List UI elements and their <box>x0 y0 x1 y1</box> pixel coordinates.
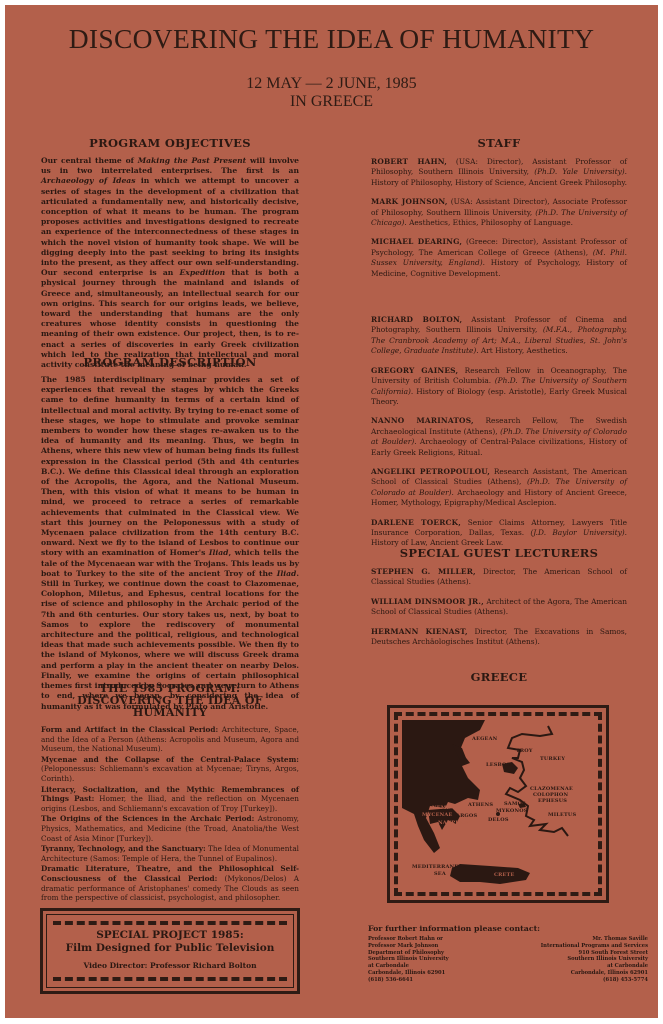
map-label-crete: CRETE <box>494 872 514 878</box>
program-item: Mycenae and the Collapse of the Central-… <box>41 755 299 784</box>
lecturer-entry: WILLIAM DINSMOOR JR., Architect of the A… <box>371 597 627 618</box>
map-label-turkey: TURKEY <box>540 756 565 762</box>
poster-dates: 12 MAY — 2 JUNE, 1985 IN GREECE <box>5 75 658 111</box>
description-section: PROGRAM DESCRIPTION The 1985 interdiscip… <box>41 355 299 712</box>
special-project-text: SPECIAL PROJECT 1985: Film Designed for … <box>43 929 297 970</box>
map-label-miletus: MILETUS <box>548 812 576 818</box>
map-heading: GREECE <box>371 670 627 684</box>
staff-entry: ROBERT HAHN, (USA: Director), Assistant … <box>371 157 627 188</box>
staff-entry: ANGELIKI PETROPOULOU, Research Assistant… <box>371 467 627 509</box>
program-section: THE 1985 PROGRAM: DISCOVERING THE IDEA O… <box>41 683 299 904</box>
map-label-delos: DELOS <box>488 817 509 823</box>
poster-page: DISCOVERING THE IDEA OF HUMANITY 12 MAY … <box>5 5 658 1018</box>
lecturer-entry: HERMANN KIENAST, Director, The Excavatio… <box>371 627 627 648</box>
program-heading: THE 1985 PROGRAM: DISCOVERING THE IDEA O… <box>41 683 299 719</box>
map-label-mycenae: MYCENAE <box>422 812 452 818</box>
contact-heading: For further information please contact: <box>368 924 648 933</box>
greece-map: AEGEAN TURKEY TROY LESBOS CLAZOMENAE COL… <box>387 705 609 903</box>
staff-entry: GREGORY GAINES, Research Fellow in Ocean… <box>371 366 627 408</box>
staff-heading: STAFF <box>371 136 627 150</box>
description-text: The 1985 interdisciplinary seminar provi… <box>41 375 299 712</box>
lecturers-list: STEPHEN G. MILLER, Director, The America… <box>371 567 627 647</box>
staff-entry: DARLENE TOERCK, Senior Claims Attorney, … <box>371 518 627 549</box>
objectives-section: PROGRAM OBJECTIVES Our central theme of … <box>41 136 299 370</box>
staff-entry: NANNO MARINATOS, Research Fellow, The Sw… <box>371 416 627 458</box>
staff-section: STAFF ROBERT HAHN, (USA: Director), Assi… <box>371 136 627 558</box>
map-label-lesbos: LESBOS <box>486 762 510 768</box>
map-label-mykonos: MYKONOS <box>496 808 528 814</box>
contact-section: For further information please contact: … <box>368 924 648 984</box>
date-range: 12 MAY — 2 JUNE, 1985 <box>5 75 658 93</box>
program-item: Form and Artifact in the Classical Perio… <box>41 725 299 754</box>
objectives-text: Our central theme of Making the Past Pre… <box>41 156 299 370</box>
lecturers-section: SPECIAL GUEST LECTURERS STEPHEN G. MILLE… <box>371 546 627 656</box>
staff-entry: MICHAEL DEARING, (Greece: Director), Ass… <box>371 237 627 279</box>
map-label-nemea: NEMEA <box>432 805 455 811</box>
special-project-box: SPECIAL PROJECT 1985: Film Designed for … <box>40 908 300 994</box>
description-heading: PROGRAM DESCRIPTION <box>41 355 299 369</box>
map-label-ephesus: EPHESUS <box>538 798 567 804</box>
program-list: Form and Artifact in the Classical Perio… <box>41 725 299 903</box>
map-label-athens: ATHENS <box>468 802 493 808</box>
map-label-sea: SEA <box>434 871 446 877</box>
map-label-nauplion: NAUPLION <box>438 820 471 826</box>
staff-list: ROBERT HAHN, (USA: Director), Assistant … <box>371 157 627 549</box>
poster-title: DISCOVERING THE IDEA OF HUMANITY <box>5 23 658 55</box>
program-item: Tyranny, Technology, and the Sanctuary: … <box>41 844 299 863</box>
map-label-mediterranean: MEDITERRANEAN <box>412 864 467 870</box>
map-label-samos: SAMOS <box>504 801 526 807</box>
program-item: Dramatic Literature, Theatre, and the Ph… <box>41 864 299 902</box>
lecturer-entry: STEPHEN G. MILLER, Director, The America… <box>371 567 627 588</box>
contact-right: Mr. Thomas SavilleInternational Programs… <box>541 936 648 984</box>
staff-entry: RICHARD BOLTON, Assistant Professor of C… <box>371 315 627 357</box>
program-item: The Origins of the Sciences in the Archa… <box>41 814 299 843</box>
staff-entry: MARK JOHNSON, (USA: Assistant Director),… <box>371 197 627 228</box>
map-label-argos: ARGOS <box>456 813 477 819</box>
lecturers-heading: SPECIAL GUEST LECTURERS <box>371 546 627 560</box>
contact-left: Professor Robert Hahn orProfessor Mark J… <box>368 936 449 984</box>
location: IN GREECE <box>5 93 658 111</box>
map-label-troy: TROY <box>516 748 533 754</box>
program-item: Literacy, Socialization, and the Mythic … <box>41 785 299 814</box>
objectives-heading: PROGRAM OBJECTIVES <box>41 136 299 150</box>
map-label-aegean: AEGEAN <box>472 736 497 742</box>
